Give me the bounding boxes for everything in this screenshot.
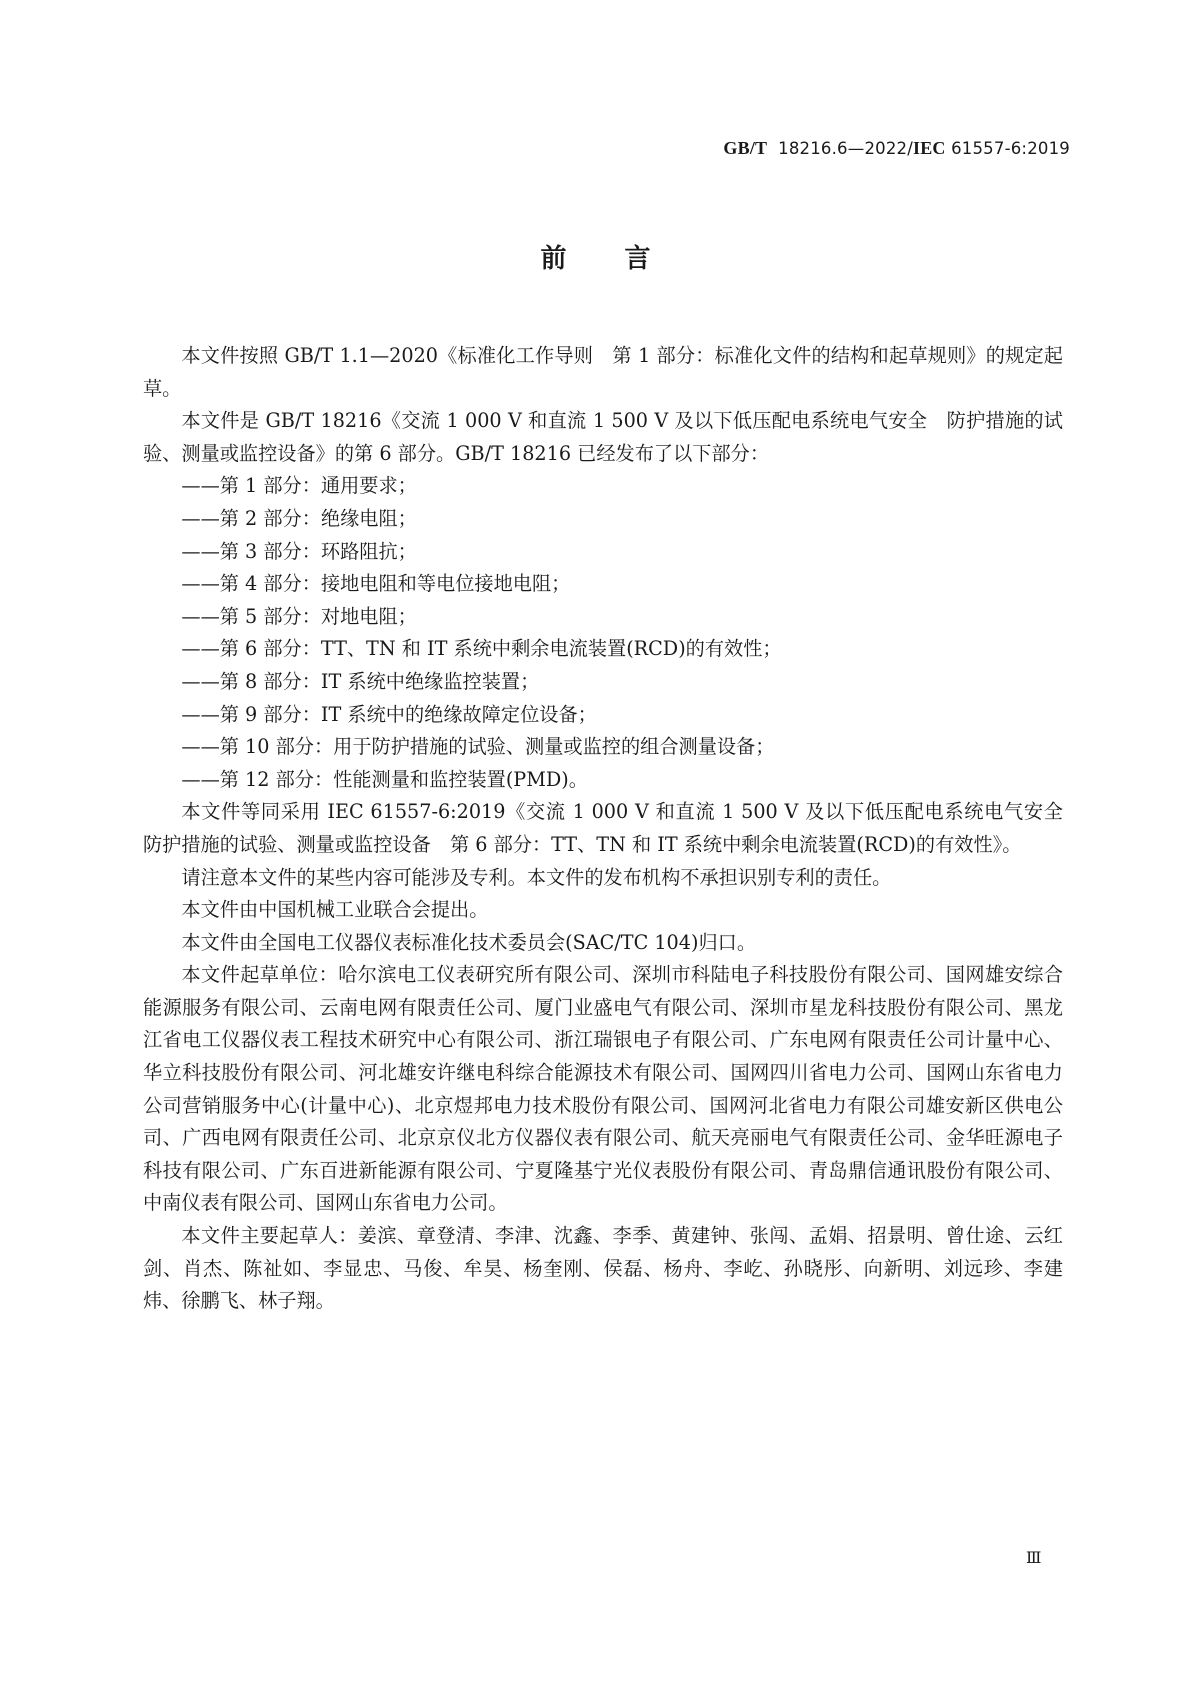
list-item-part: ——第 12 部分：性能测量和监控装置(PMD)。 [143,764,1063,797]
list-item-part: ——第 2 部分：绝缘电阻； [143,503,1063,536]
list-item-part: ——第 9 部分：IT 系统中的绝缘故障定位设备； [143,699,1063,732]
gbt-prefix: GB/T [723,138,767,158]
page-title: 前言 [0,238,1191,275]
list-item-part: ——第 4 部分：接地电阻和等电位接地电阻； [143,568,1063,601]
paragraph-committee: 本文件由全国电工仪器仪表标准化技术委员会(SAC/TC 104)归口。 [143,927,1063,960]
list-item-part: ——第 1 部分：通用要求； [143,470,1063,503]
paragraph-iec-adoption: 本文件等同采用 IEC 61557-6:2019《交流 1 000 V 和直流 … [143,796,1063,861]
iec-number: 61557-6:2019 [951,139,1070,158]
list-item-part: ——第 6 部分：TT、TN 和 IT 系统中剩余电流装置(RCD)的有效性； [143,633,1063,666]
standard-number-header: GB/T 18216.6—2022/IEC 61557-6:2019 [723,138,1070,159]
paragraph-drafting-organizations: 本文件起草单位：哈尔滨电工仪表研究所有限公司、深圳市科陆电子科技股份有限公司、国… [143,959,1063,1220]
title-char-2: 言 [625,238,651,275]
page-number: Ⅲ [1026,1548,1041,1567]
gbt-number: 18216.6—2022/ [778,139,913,158]
paragraph-drafting-rules: 本文件按照 GB/T 1.1—2020《标准化工作导则 第 1 部分：标准化文件… [143,340,1063,405]
list-item-part: ——第 8 部分：IT 系统中绝缘监控装置； [143,666,1063,699]
list-item-part: ——第 10 部分：用于防护措施的试验、测量或监控的组合测量设备； [143,731,1063,764]
paragraph-patent-notice: 请注意本文件的某些内容可能涉及专利。本文件的发布机构不承担识别专利的责任。 [143,862,1063,895]
list-item-part: ——第 3 部分：环路阻抗； [143,536,1063,569]
paragraph-proposer: 本文件由中国机械工业联合会提出。 [143,894,1063,927]
foreword-body: 本文件按照 GB/T 1.1—2020《标准化工作导则 第 1 部分：标准化文件… [143,340,1063,1318]
iec-prefix: IEC [913,138,946,158]
paragraph-drafters: 本文件主要起草人：姜滨、章登清、李津、沈鑫、李季、黄建钟、张闯、孟娟、招景明、曾… [143,1220,1063,1318]
list-item-part: ——第 5 部分：对地电阻； [143,601,1063,634]
title-char-1: 前 [540,238,566,275]
paragraph-series-intro: 本文件是 GB/T 18216《交流 1 000 V 和直流 1 500 V 及… [143,405,1063,470]
